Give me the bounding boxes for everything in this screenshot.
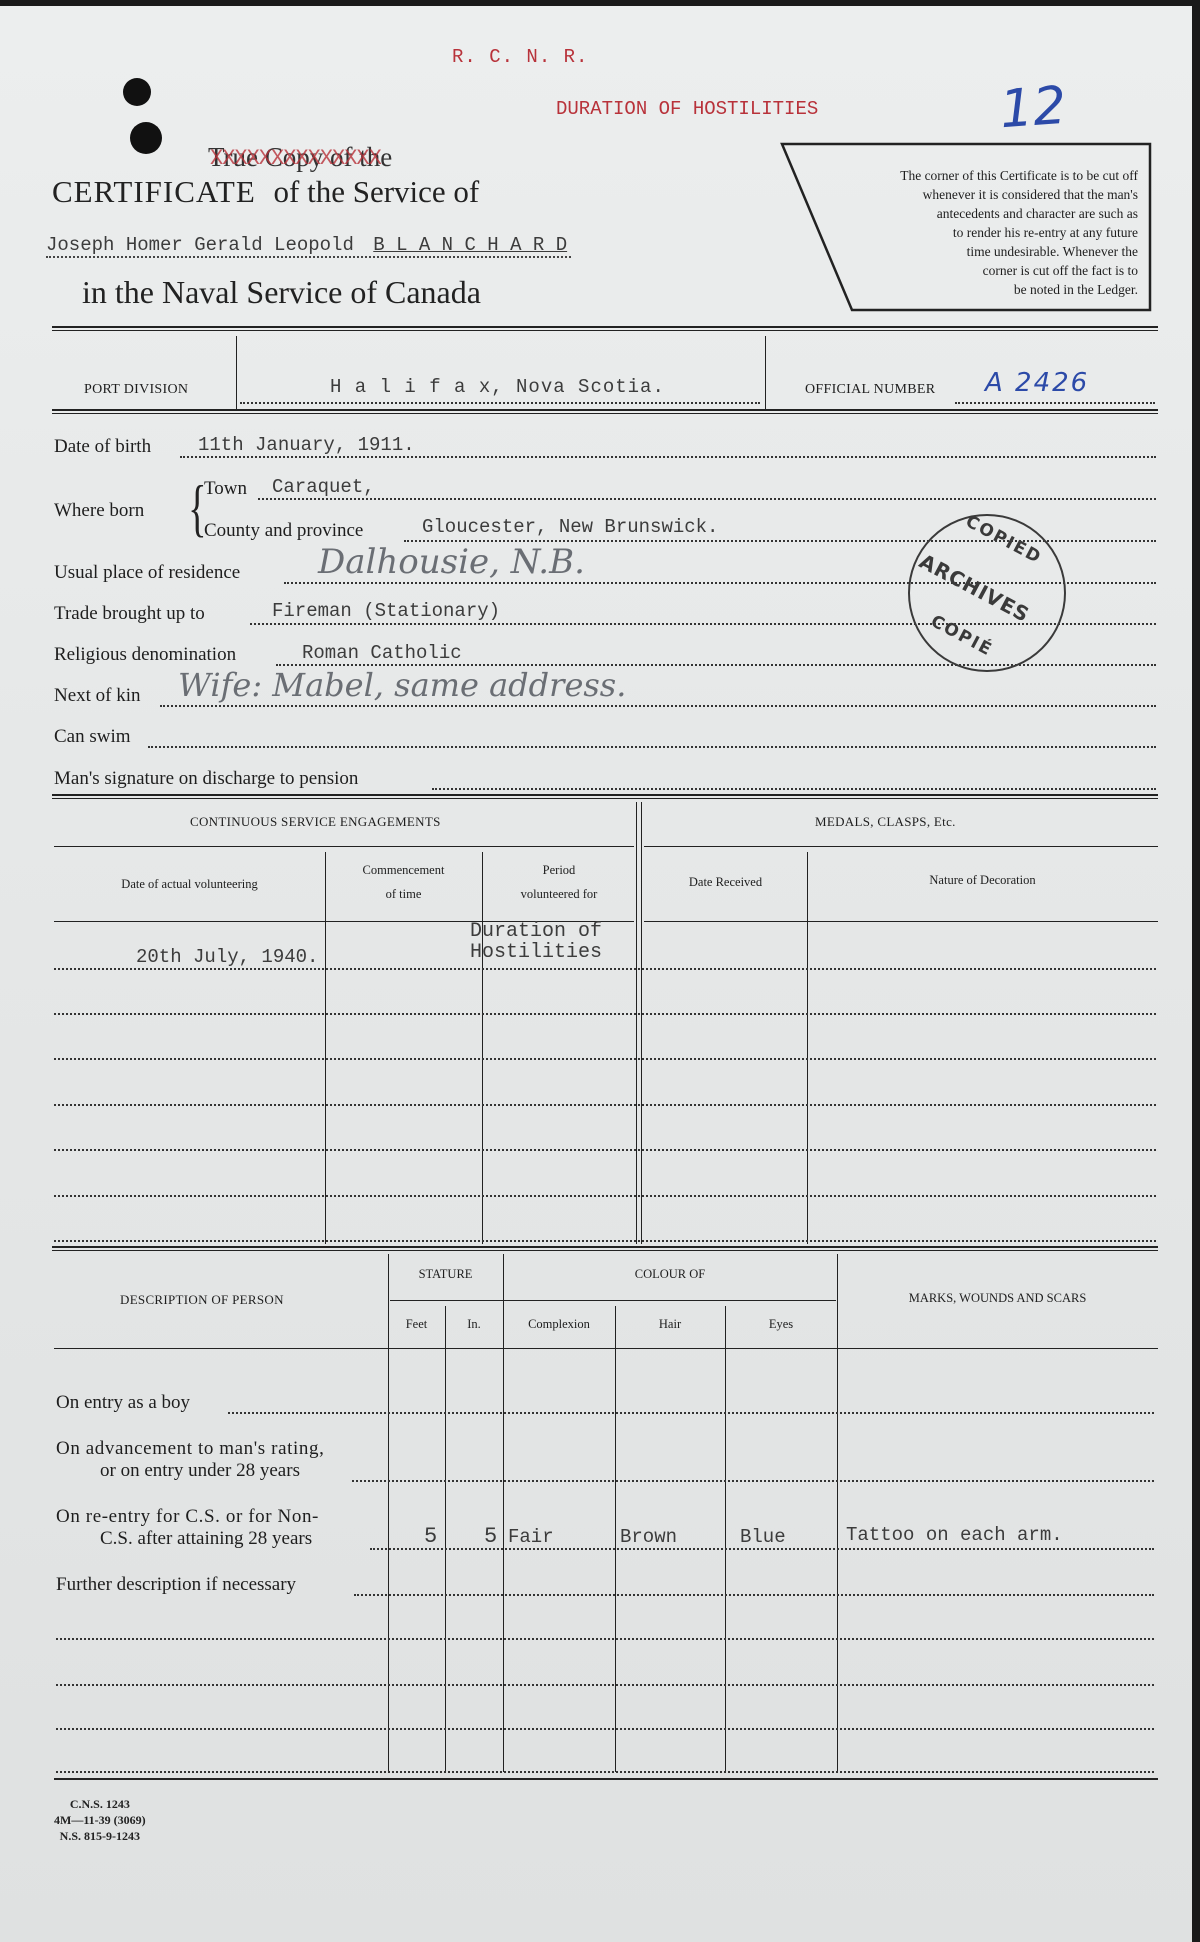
of-the-service-of: of the Service of: [274, 174, 480, 209]
folio-number: 12: [998, 76, 1068, 140]
row-label-boy: On entry as a boy: [56, 1392, 190, 1414]
divider-vertical: [482, 852, 483, 1244]
print-code: 4M—11-39 (3069): [54, 1812, 146, 1828]
next-of-kin-value: Wife: Mabel, same address.: [178, 666, 626, 704]
service-row-period-l1: Duration of: [470, 920, 602, 943]
marks-value: Tattoo on each arm.: [846, 1524, 1063, 1546]
trade-value: Fireman (Stationary): [272, 600, 500, 622]
col-commencement: Commencement of time: [325, 858, 482, 906]
corner-notice-text: The corner of this Certificate is to be …: [808, 166, 1138, 299]
stature-feet-value: 5: [424, 1524, 437, 1549]
form-codes: C.N.S. 1243 4M—11-39 (3069) N.S. 815-9-1…: [54, 1796, 146, 1844]
next-of-kin-label: Next of kin: [54, 685, 141, 707]
divider: [644, 846, 1158, 847]
row-label-reentry-l2: C.S. after attaining 28 years: [100, 1528, 312, 1550]
divider-double: [52, 409, 1158, 414]
town-label: Town: [204, 478, 247, 500]
dotted-line: [56, 1771, 1154, 1773]
punch-hole: [130, 122, 162, 154]
struck-text: XXXXXXXXXXXXXX: [210, 146, 381, 171]
complexion-value: Fair: [508, 1526, 554, 1548]
form-code: C.N.S. 1243: [54, 1796, 146, 1812]
col-date-volunteering: Date of actual volunteering: [54, 872, 325, 896]
county-province-value: Gloucester, New Brunswick.: [422, 516, 718, 538]
divider: [54, 846, 634, 847]
row-label-further: Further description if necessary: [56, 1574, 296, 1596]
service-row-date: 20th July, 1940.: [136, 946, 318, 968]
dotted-line: [354, 1594, 1154, 1596]
divider: [390, 1300, 836, 1301]
col-complexion: Complexion: [503, 1312, 615, 1336]
where-born-label: Where born: [54, 500, 144, 522]
dotted-line: [432, 788, 1156, 790]
col-inches: In.: [445, 1312, 503, 1336]
divider-vertical: [636, 802, 637, 1244]
row-label-advancement-l1: On advancement to man's rating,: [56, 1438, 324, 1460]
row-label-advancement-l2: or on entry under 28 years: [100, 1460, 300, 1482]
official-number-label: OFFICIAL NUMBER: [805, 382, 935, 398]
trade-label: Trade brought up to: [54, 603, 205, 625]
marks-title: MARKS, WOUNDS AND SCARS: [837, 1286, 1158, 1310]
port-division-value: H a l i f a x, Nova Scotia.: [330, 376, 665, 398]
col-feet: Feet: [388, 1312, 445, 1336]
dotted-line: [228, 1412, 1154, 1414]
divider: [644, 921, 1158, 922]
port-division-label: PORT DIVISION: [84, 382, 188, 398]
col-eyes: Eyes: [725, 1312, 837, 1336]
religion-label: Religious denomination: [54, 644, 236, 666]
divider-vertical: [641, 802, 642, 1244]
residence-value: Dalhousie, N.B.: [318, 542, 585, 582]
corner-notice-box: The corner of this Certificate is to be …: [780, 142, 1152, 312]
given-names: Joseph Homer Gerald Leopold: [46, 234, 354, 256]
divider-double: [52, 794, 1158, 799]
religion-value: Roman Catholic: [302, 642, 462, 664]
engagement-type: DURATION OF HOSTILITIES: [556, 98, 818, 120]
official-number-value: A 2426: [985, 368, 1089, 398]
dotted-line: [54, 1013, 1156, 1015]
row-label-reentry-l1: On re-entry for C.S. or for Non-: [56, 1506, 319, 1528]
divider-double: [52, 326, 1158, 331]
dotted-line: [258, 498, 1156, 500]
dotted-line: [54, 968, 1156, 970]
title-certificate: CERTIFICATE of the Service of: [52, 174, 479, 210]
certificate-page: R. C. N. R. DURATION OF HOSTILITIES 12 T…: [0, 6, 1192, 1942]
title-true-copy: True Copy of the XXXXXXXXXXXXXX: [208, 142, 392, 173]
service-code: R. C. N. R.: [452, 46, 588, 68]
eyes-value: Blue: [740, 1526, 786, 1548]
divider: [54, 1778, 1158, 1780]
date-of-birth-value: 11th January, 1911.: [198, 434, 415, 456]
divider-vertical: [615, 1306, 616, 1772]
col-hair: Hair: [615, 1312, 725, 1336]
dotted-line: [148, 746, 1156, 748]
stamp-bottom-text: COPIÉ: [927, 611, 996, 660]
dotted-line: [240, 402, 760, 404]
service-engagements-title: CONTINUOUS SERVICE ENGAGEMENTS: [190, 814, 441, 830]
certificate-word: CERTIFICATE: [52, 174, 256, 209]
signature-label: Man's signature on discharge to pension: [54, 768, 358, 790]
dotted-line: [54, 1240, 1156, 1242]
dotted-line: [160, 705, 1156, 707]
residence-label: Usual place of residence: [54, 562, 240, 584]
title-naval-service: in the Naval Service of Canada: [82, 274, 481, 311]
divider-vertical: [765, 336, 766, 411]
divider-vertical: [325, 852, 326, 1244]
punch-hole: [123, 78, 151, 106]
divider-double: [52, 1246, 1158, 1251]
col-date-received: Date Received: [644, 870, 807, 894]
colour-title: COLOUR OF: [503, 1262, 837, 1286]
can-swim-label: Can swim: [54, 726, 131, 748]
dotted-line: [955, 402, 1155, 404]
full-name: Joseph Homer Gerald Leopold B L A N C H …: [46, 234, 571, 258]
county-province-label: County and province: [204, 520, 363, 542]
town-value: Caraquet,: [272, 476, 375, 498]
archives-stamp: COPIED ARCHIVES COPIÉ: [908, 514, 1066, 672]
dotted-line: [54, 1104, 1156, 1106]
stamp-top-text: COPIED: [962, 512, 1045, 569]
stature-inches-value: 5: [484, 1524, 497, 1549]
divider: [54, 1348, 1158, 1349]
divider-vertical: [445, 1306, 446, 1772]
dotted-line: [56, 1638, 1154, 1640]
medals-title: MEDALS, CLASPS, Etc.: [815, 814, 956, 830]
hair-value: Brown: [620, 1526, 677, 1548]
dotted-line: [180, 456, 1156, 458]
dotted-line: [56, 1728, 1154, 1730]
divider-vertical: [807, 852, 808, 1244]
divider-vertical: [725, 1306, 726, 1772]
description-title: DESCRIPTION OF PERSON: [120, 1292, 284, 1308]
dotted-line: [352, 1480, 1154, 1482]
dotted-line: [54, 1058, 1156, 1060]
date-of-birth-label: Date of birth: [54, 436, 151, 458]
service-row-period-l2: Hostilities: [470, 941, 602, 964]
dotted-line: [56, 1684, 1154, 1686]
divider-vertical: [236, 336, 237, 411]
surname: B L A N C H A R D: [373, 234, 567, 256]
dotted-line: [54, 1149, 1156, 1151]
ns-code: N.S. 815-9-1243: [54, 1828, 146, 1844]
col-nature-decoration: Nature of Decoration: [807, 868, 1158, 892]
col-period: Period volunteered for: [482, 858, 636, 906]
divider-vertical: [837, 1254, 838, 1772]
stature-title: STATURE: [388, 1262, 503, 1286]
dotted-line: [54, 1195, 1156, 1197]
